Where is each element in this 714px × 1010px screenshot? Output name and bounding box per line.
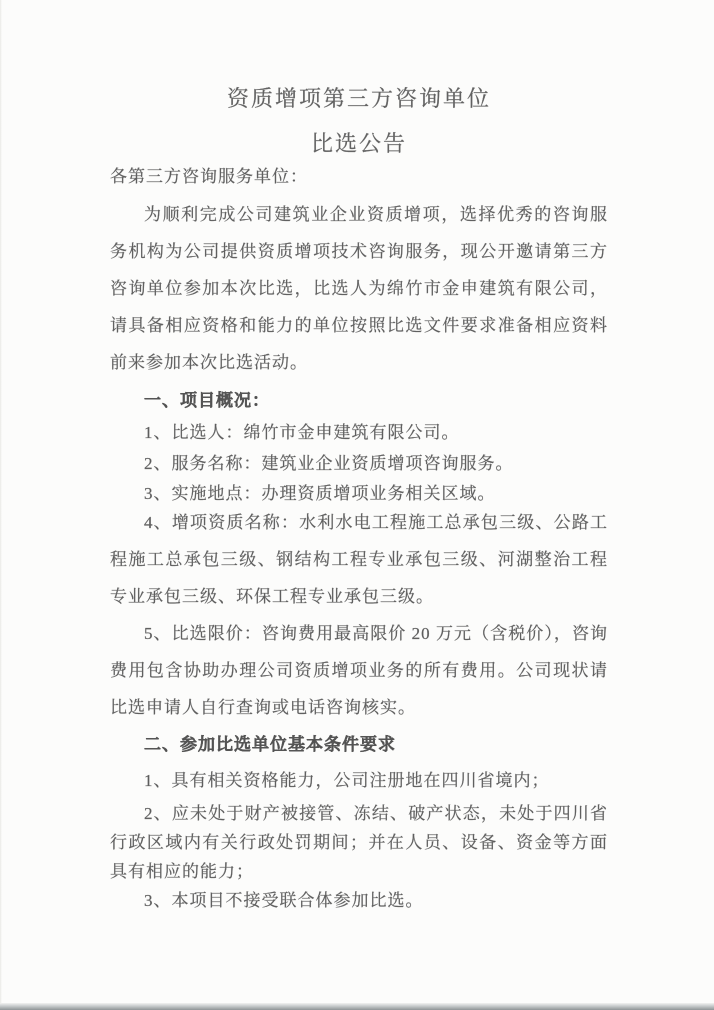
section1-item-4: 4、增项资质名称：水利水电工程施工总承包三级、公路工程施工总承包三级、钢结构工程…: [110, 504, 608, 615]
section2-item-1: 1、具有相关资格能力，公司注册地在四川省境内；: [110, 762, 608, 799]
section2-item-3: 3、本项目不接受联合体参加比选。: [110, 882, 608, 919]
section1-item-5: 5、比选限价：咨询费用最高限价 20 万元（含税价），咨询费用包含协助办理公司资…: [110, 615, 608, 726]
scan-edge-bottom: [0, 1003, 714, 1010]
document-title-line1: 资质增项第三方咨询单位: [110, 86, 608, 112]
section2-heading: 二、参加比选单位基本条件要求: [110, 726, 608, 763]
salutation: 各第三方咨询服务单位：: [110, 158, 608, 195]
scan-edge-left: [0, 0, 2, 1010]
document-page: 资质增项第三方咨询单位 比选公告 各第三方咨询服务单位： 为顺利完成公司建筑业企…: [0, 0, 714, 1010]
intro-paragraph: 为顺利完成公司建筑业企业资质增项，选择优秀的咨询服务机构为公司提供资质增项技术咨…: [110, 196, 608, 381]
section2-item-2: 2、应未处于财产被接管、冻结、破产状态，未处于四川省行政区域内有关行政处罚期间；…: [110, 799, 608, 886]
document-title-line2: 比选公告: [110, 131, 608, 157]
